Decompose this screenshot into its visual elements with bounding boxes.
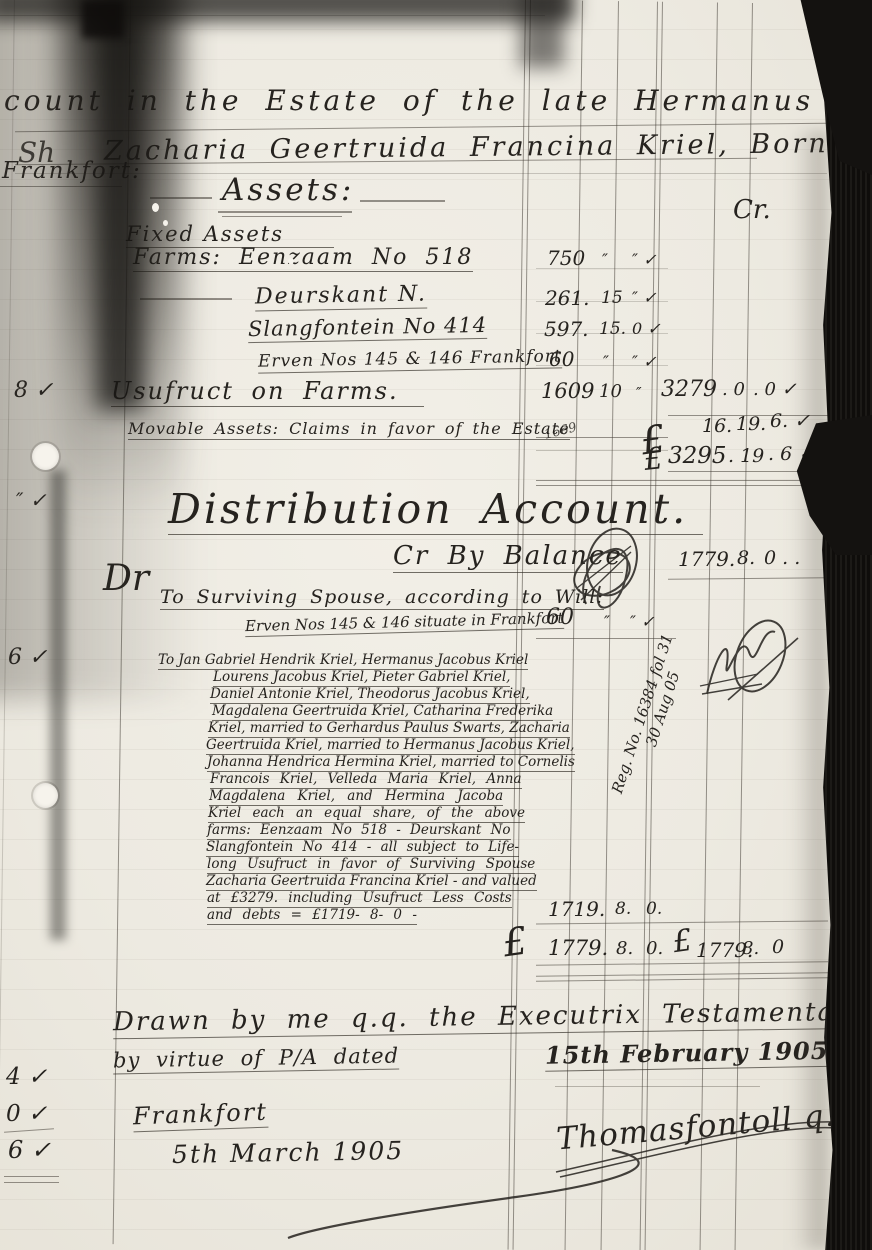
scanned-document-page: count in the Estate of the late Hermanus… (0, 0, 872, 1250)
ink-blot (580, 523, 645, 602)
punch-hole-bottom (33, 783, 58, 808)
ink-flourishes (0, 0, 872, 1250)
signature-flourish (556, 1122, 836, 1177)
punch-hole-top (32, 443, 59, 470)
paper-speck (152, 203, 159, 212)
date-flourish (288, 1150, 639, 1238)
paper-speck (163, 220, 168, 226)
paper-speck (288, 258, 294, 264)
